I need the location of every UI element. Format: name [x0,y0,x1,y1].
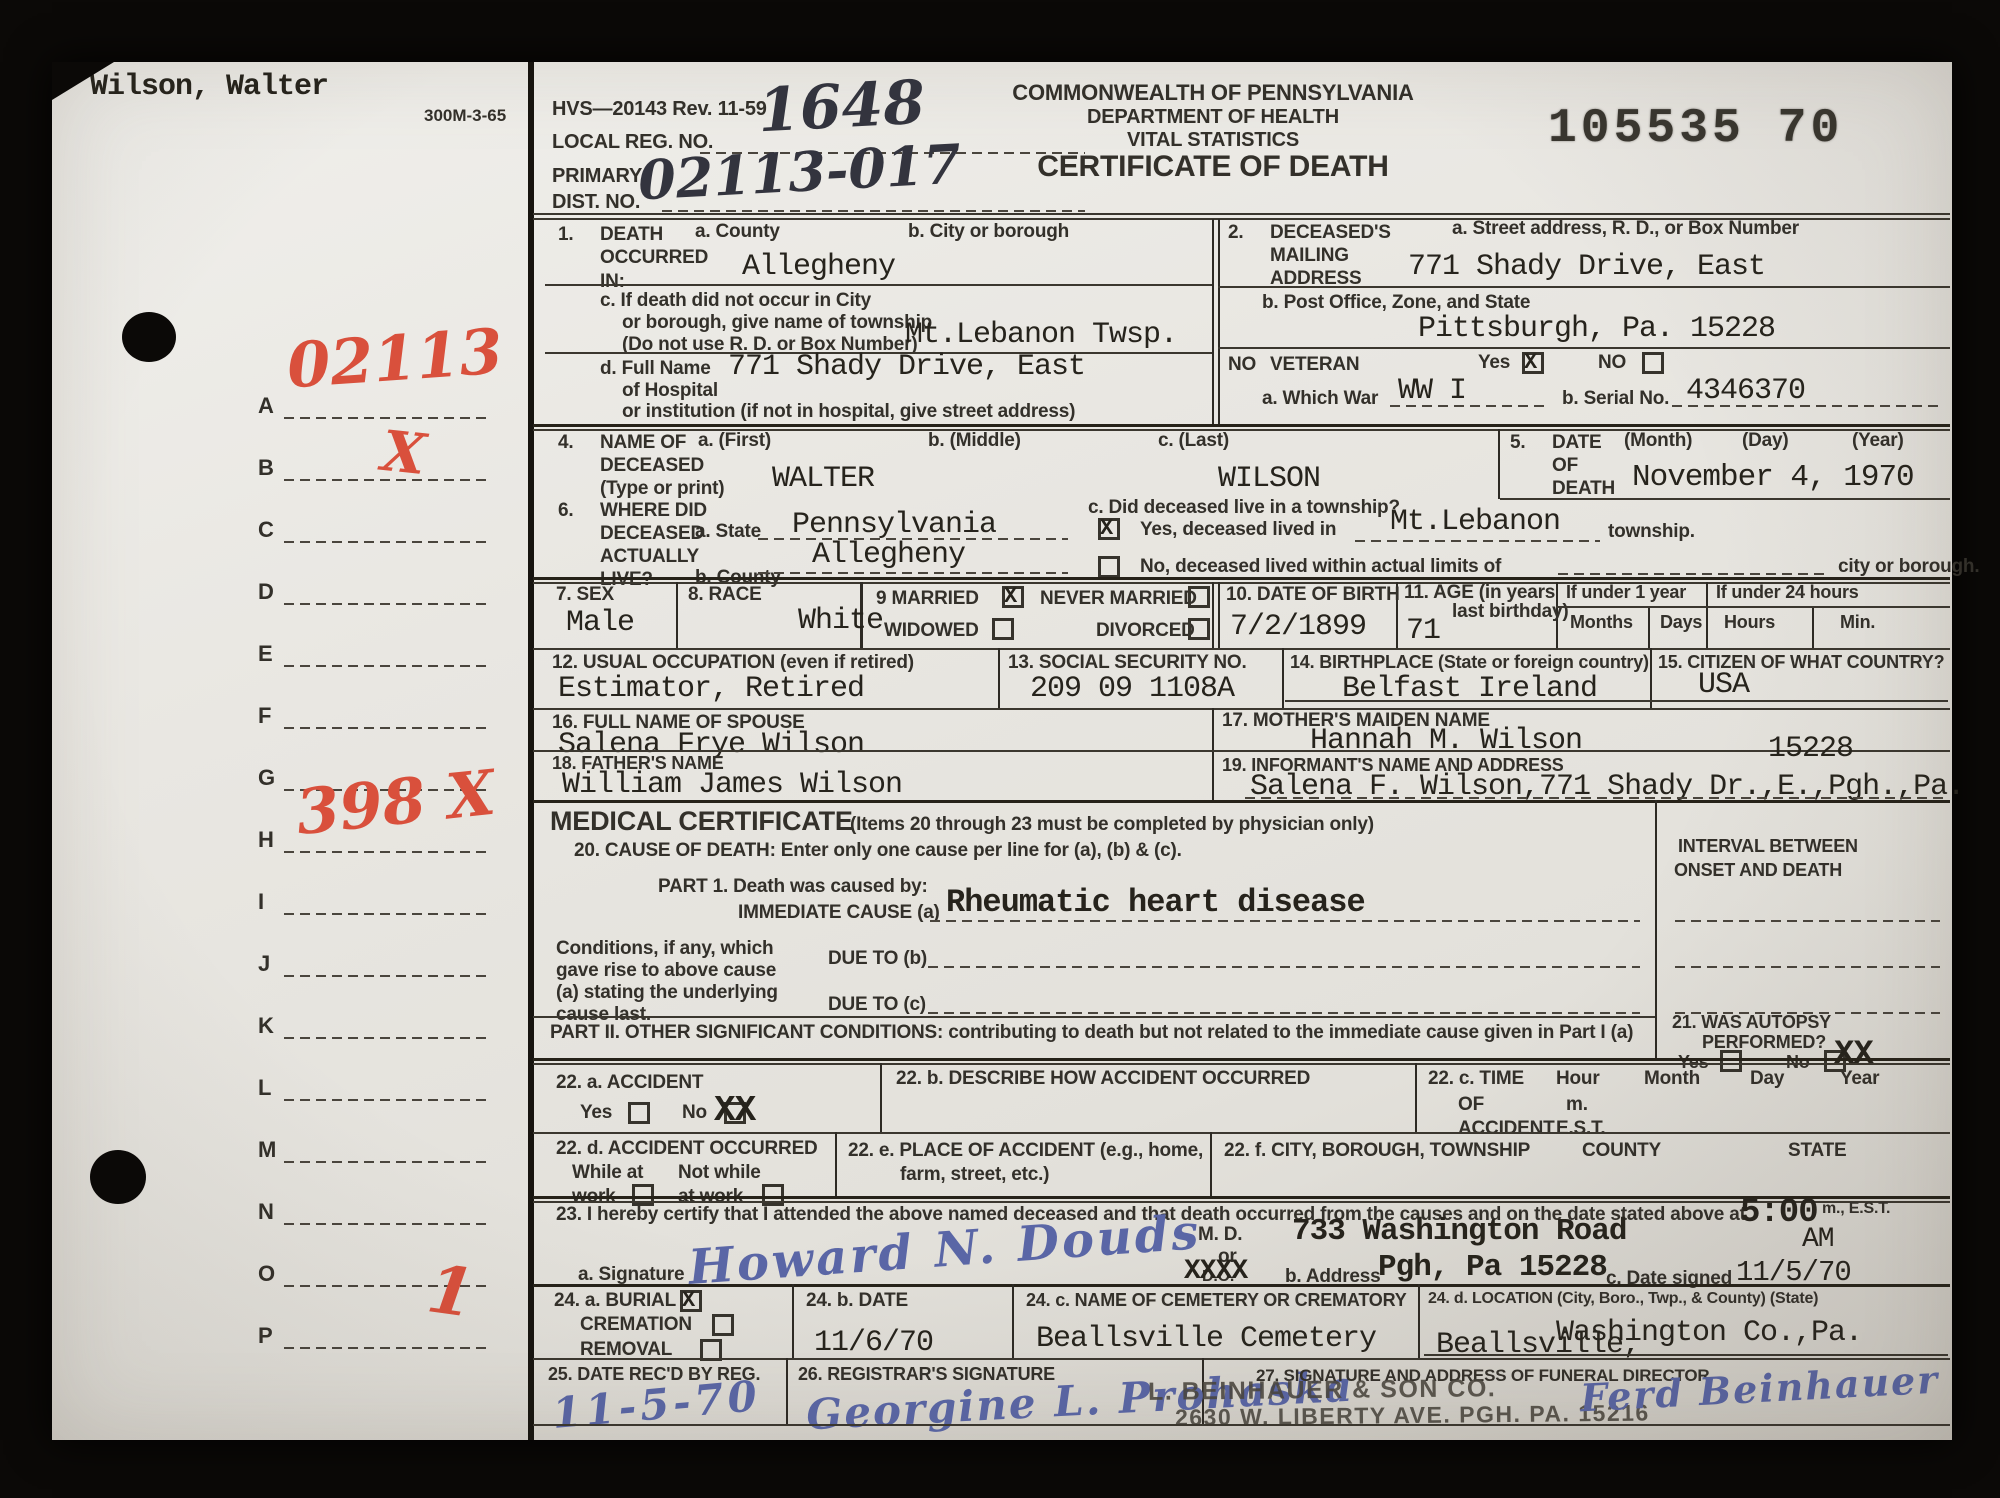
rule [533,800,1950,803]
s19-zip: 15228 [1768,732,1853,766]
interval-label: ONSET AND DEATH [1674,860,1842,881]
s6-no: 6. [558,500,573,522]
s2b-label: b. Post Office, Zone, and State [1262,292,1530,314]
s24c-label: 24. c. NAME OF CEMETERY OR CREMATORY [1026,1290,1407,1311]
s22c-label: 22. c. TIME [1428,1068,1524,1090]
township-line [1355,540,1600,542]
s13-value: 209 09 1108A [1030,672,1234,706]
s23-signature-label: a. Signature [578,1264,684,1286]
s22f-label: 22. f. CITY, BOROUGH, TOWNSHIP [1224,1140,1530,1162]
s22a-yes-label: Yes [580,1102,612,1124]
divider [998,648,1000,708]
divider [1212,582,1214,648]
funeral-home-address-stamp: 2630 W. LIBERTY AVE. PGH. PA. 15216 [1175,1400,1650,1432]
s4c-label: c. (Last) [1158,430,1229,452]
s8-label: 8. RACE [688,584,762,606]
s5-no: 5. [1510,432,1525,454]
s5-day-label: (Day) [1742,430,1789,452]
s6b-value: Allegheny [812,538,965,572]
primary-label: PRIMARY [552,165,642,188]
s7-label: 7. SEX [556,584,614,606]
divider [835,1132,837,1196]
s10-value: 7/2/1899 [1230,610,1366,644]
index-letter: L [258,1075,271,1101]
divider [1498,429,1500,499]
under-1-year-label: If under 1 year [1566,582,1686,603]
s5-value: November 4, 1970 [1632,460,1914,495]
s23-address-line1: 733 Washington Road [1292,1214,1626,1249]
s1-head: OCCURRED [600,247,708,269]
s14-label: 14. BIRTHPLACE (State or foreign country… [1290,652,1649,673]
s1-no: 1. [558,224,573,246]
s22e-label: 22. e. PLACE OF ACCIDENT (e.g., home, [848,1140,1203,1162]
s6-city-borough: city or borough. [1838,556,1979,578]
rule [1218,347,1950,349]
index-letter: G [258,765,275,791]
s6a-value: Pennsylvania [792,508,996,542]
divider [1282,648,1284,708]
s7-value: Male [566,606,634,640]
index-line [284,603,492,605]
s22d-while: While at [572,1162,643,1184]
s3a-value: WW I [1398,374,1466,408]
divider [792,1284,794,1358]
rule [1500,498,1950,500]
index-letter: C [258,517,274,543]
org-line-1: COMMONWEALTH OF PENNSYLVANIA [1012,80,1413,106]
s24d-label: 24. d. LOCATION (City, Boro., Twp., & Co… [1428,1290,1818,1308]
s11-label: last birthday) [1452,601,1569,623]
months-label: Months [1570,612,1633,633]
rule [533,1058,1950,1061]
index-letter: D [258,579,274,605]
s22c-label: OF [1458,1094,1484,1116]
s22c-m: m. [1566,1094,1588,1116]
index-letter: P [258,1323,272,1349]
rule [533,1201,1950,1203]
divider [1218,219,1220,425]
divider [1212,708,1214,800]
s3-head: VETERAN [1270,354,1359,376]
s6-head: WHERE DID [600,500,707,522]
due-c-line [928,1012,1640,1014]
s22f-county: COUNTY [1582,1140,1661,1162]
divider [1650,648,1652,708]
s4-head: (Type or print) [600,478,724,500]
cremation-checkbox [712,1314,734,1336]
s3-no-label: NO [1598,352,1626,374]
index-line [284,541,492,543]
s5-head: DATE [1552,432,1602,454]
interval-label: INTERVAL BETWEEN [1678,836,1858,857]
red-district-number: 02113 [285,315,505,403]
s20-cond: (a) stating the underlying [556,982,778,1004]
s21-label: 21. WAS AUTOPSY [1672,1012,1831,1033]
s24c-value: Beallsville Cemetery [1036,1322,1376,1356]
s6-township-word: township. [1608,521,1695,543]
married-x: X [1004,584,1017,609]
index-letter: J [258,951,270,977]
limits-line [1558,573,1830,575]
s22c-hour: Hour [1556,1068,1600,1090]
s1c-value: Mt.Lebanon Twsp. [905,318,1177,352]
index-letter: H [258,827,274,853]
form-id: HVS—20143 Rev. 11-59 [552,98,767,121]
index-line [284,913,492,915]
hours-label: Hours [1724,612,1775,633]
s3b-label: b. Serial No. [1562,388,1669,410]
index-letter: N [258,1199,274,1225]
divider [1012,1284,1014,1358]
divider [1418,1284,1420,1358]
s1d-label: or institution (if not in hospital, give… [622,401,1075,423]
index-line [284,1037,492,1039]
index-letter: B [258,455,274,481]
autopsy-yes-checkbox [1720,1050,1742,1072]
s24-cremation-label: CREMATION [580,1314,692,1336]
rule [533,577,1950,580]
s6-head: ACTUALLY [600,546,699,568]
widowed-checkbox [992,618,1014,640]
s6-no-text: No, deceased lived within actual limits … [1140,556,1501,578]
hole-punch [90,1150,146,1204]
s3b-value: 4346370 [1686,374,1805,408]
s1-head: DEATH [600,224,663,246]
divider [880,1063,882,1132]
divider [1648,608,1650,648]
s12-label: 12. USUAL OCCUPATION (even if retired) [552,652,914,674]
s18-value: William James Wilson [562,768,902,802]
s15-value: USA [1698,668,1749,702]
s22a-label: 22. a. ACCIDENT [556,1072,703,1094]
index-line [284,1223,492,1225]
s3a-label: a. Which War [1262,388,1378,410]
s22a-no-label: No [682,1102,707,1124]
index-line [284,1347,492,1349]
s22b-label: 22. b. DESCRIBE HOW ACCIDENT OCCURRED [896,1068,1310,1090]
rule [533,750,1950,752]
rule [533,1016,1655,1018]
s5-head: OF [1552,455,1578,477]
township-no-checkbox [1098,556,1120,578]
index-line [284,975,492,977]
divider [676,582,678,648]
rule [1556,606,1706,608]
s1c-label: or borough, give name of township [622,312,932,334]
min-label: Min. [1840,612,1875,633]
s1d-label: d. Full Name [600,358,711,380]
s20-label: 20. CAUSE OF DEATH: Enter only one cause… [574,840,1182,862]
s22c-label: ACCIDENT [1458,1118,1555,1140]
dist-no-label: DIST. NO. [552,191,640,214]
s1d-label: of Hospital [622,380,718,402]
s4b-label: b. (Middle) [928,430,1021,452]
s12-value: Estimator, Retired [558,672,864,706]
rule [533,1424,1950,1426]
s4-head: DECEASED [600,455,704,477]
s4a-value: WALTER [772,462,874,496]
s6-head: DECEASED [600,523,704,545]
s5-year-label: (Year) [1852,430,1904,452]
index-line [284,851,492,853]
s11-value: 71 [1406,614,1440,648]
filed-name: Wilson, Walter [90,70,328,104]
s9-widowed-label: WIDOWED [884,620,979,642]
index-letter: A [258,393,274,419]
rule [533,1132,1950,1134]
scanned-death-certificate: Wilson, Walter 300M-3-65 A B C D E F G H… [0,0,2000,1498]
s22c-month: Month [1644,1068,1700,1090]
s22f-state: STATE [1788,1140,1846,1162]
s4-no: 4. [558,432,573,454]
certificate-title: CERTIFICATE OF DEATH [1037,150,1389,184]
s17-value: Hannah M. Wilson [1310,724,1582,758]
s22e-label: farm, street, etc.) [900,1164,1049,1186]
s4a-label: a. (First) [698,430,771,452]
org-line-2: DEPARTMENT OF HEALTH [1087,106,1339,129]
interval-a-line [1675,920,1940,922]
index-line [284,1161,492,1163]
divider [786,1358,788,1426]
cause-a-line [930,920,1640,922]
index-letter: M [258,1137,276,1163]
rule [533,424,1950,427]
accident-no-xx: XX [714,1090,755,1131]
hole-punch [122,312,176,362]
s5-month-label: (Month) [1624,430,1692,452]
informant-line [1245,797,1945,799]
s8-value: White [798,604,883,638]
rule [1218,286,1950,288]
s22c-year: Year [1840,1068,1879,1090]
s2-no: 2. [1228,222,1243,244]
s3-yes-label: Yes [1478,352,1510,374]
s24b-value: 11/6/70 [814,1326,933,1360]
s2b-value: Pittsburgh, Pa. 15228 [1418,312,1775,346]
divider [1212,219,1214,425]
divider [1812,608,1814,648]
s23-am: AM [1802,1224,1834,1255]
rule [533,1358,1950,1360]
s1b-label: b. City or borough [908,221,1069,243]
s20a-value: Rheumatic heart disease [946,884,1365,921]
divider [1218,582,1220,648]
s6a-label: a. State [695,521,761,543]
s2a-value: 771 Shady Drive, East [1408,250,1765,284]
rule [1285,700,1948,702]
index-letter: K [258,1013,274,1039]
red-check-mark: X [379,418,429,488]
s6-yes-text: Yes, deceased lived in [1140,519,1336,541]
index-letter: I [258,889,264,915]
medical-title: MEDICAL CERTIFICATE [550,806,853,837]
accident-yes-checkbox [628,1102,650,1124]
s24d-value: Washington Co.,Pa. [1556,1316,1862,1350]
index-line [284,727,492,729]
index-line [284,665,492,667]
index-letter: O [258,1261,275,1287]
due-b-line [928,966,1640,968]
index-letter: E [258,641,272,667]
s9-never-label: NEVER MARRIED [1040,588,1197,610]
index-letter: F [258,703,271,729]
part2-label: PART II. OTHER SIGNIFICANT CONDITIONS: c… [550,1022,1633,1044]
form-print-code: 300M-3-65 [424,106,506,126]
interval-divider [1655,800,1657,1058]
divider [1415,1063,1417,1132]
s23-md: M. D. [1198,1224,1242,1246]
org-line-3: VITAL STATISTICS [1127,129,1299,152]
county-line [758,572,1068,574]
medical-subtitle: (Items 20 through 23 must be completed b… [850,814,1374,836]
s22d-label: 22. d. ACCIDENT OCCURRED [556,1138,818,1160]
index-line [284,1099,492,1101]
rule [533,648,1950,650]
rule [1706,606,1950,608]
divider [1706,582,1708,648]
dist-no-line [662,210,1085,212]
burial-x: X [682,1288,695,1313]
s2a-label: a. Street address, R. D., or Box Number [1452,218,1799,240]
s22c-est: E.S.T. [1556,1118,1605,1140]
s20-part1: PART 1. Death was caused by: [658,876,928,898]
rule [545,284,1212,286]
s1c-label: c. If death did not occur in City [600,290,871,312]
s6-yes-value: Mt.Lebanon [1390,505,1560,539]
s23-address-line2: Pgh, Pa 15228 [1378,1250,1607,1285]
veteran-no-checkbox [1642,352,1664,374]
rule [533,1063,1950,1065]
rule [1424,1354,1948,1356]
s20-due-b-label: DUE TO (b) [828,948,927,970]
s1a-value: Allegheny [742,250,895,284]
s23-time-suffix: m., E.S.T. [1822,1200,1890,1218]
s22c-day: Day [1750,1068,1784,1090]
s9-divorced-label: DIVORCED [1096,620,1195,642]
s2-head: DECEASED'S [1270,222,1391,244]
veteran-yes-x: X [1524,350,1537,375]
s9-married-label: 9 MARRIED [876,588,979,610]
s4c-value: WILSON [1218,462,1320,496]
s22d-notwhile: Not while [678,1162,761,1184]
s20-due-c-label: DUE TO (c) [828,994,926,1016]
s24-burial-label: 24. a. BURIAL [554,1290,676,1312]
s20-cond: gave rise to above cause [556,960,776,982]
rule [533,213,1950,215]
divider [1210,1132,1212,1196]
s6c-label: c. Did deceased live in a township? [1088,497,1400,519]
s13-label: 13. SOCIAL SECURITY NO. [1008,652,1247,674]
never-married-checkbox [1188,586,1210,608]
s4-head: NAME OF [600,432,686,454]
s3-no: NO [1228,354,1256,376]
s1d-value: 771 Shady Drive, East [728,350,1085,384]
days-label: Days [1660,612,1702,633]
divorced-checkbox [1188,618,1210,640]
rule [533,1196,1950,1199]
s20-cond: Conditions, if any, which [556,938,773,960]
rule [533,1284,1950,1287]
township-yes-x: X [1100,516,1113,541]
interval-b-line [1675,966,1940,968]
s1a-label: a. County [695,221,780,243]
s2-head: MAILING [1270,245,1349,267]
certificate-number-stamp: 105535 70 [1548,102,1843,156]
s5-head: DEATH [1552,478,1615,500]
s24b-label: 24. b. DATE [806,1290,908,1312]
s20-immediate-label: IMMEDIATE CAUSE (a) [738,902,940,924]
s10-label: 10. DATE OF BIRTH [1226,584,1400,606]
under-24-hours-label: If under 24 hours [1716,582,1859,603]
